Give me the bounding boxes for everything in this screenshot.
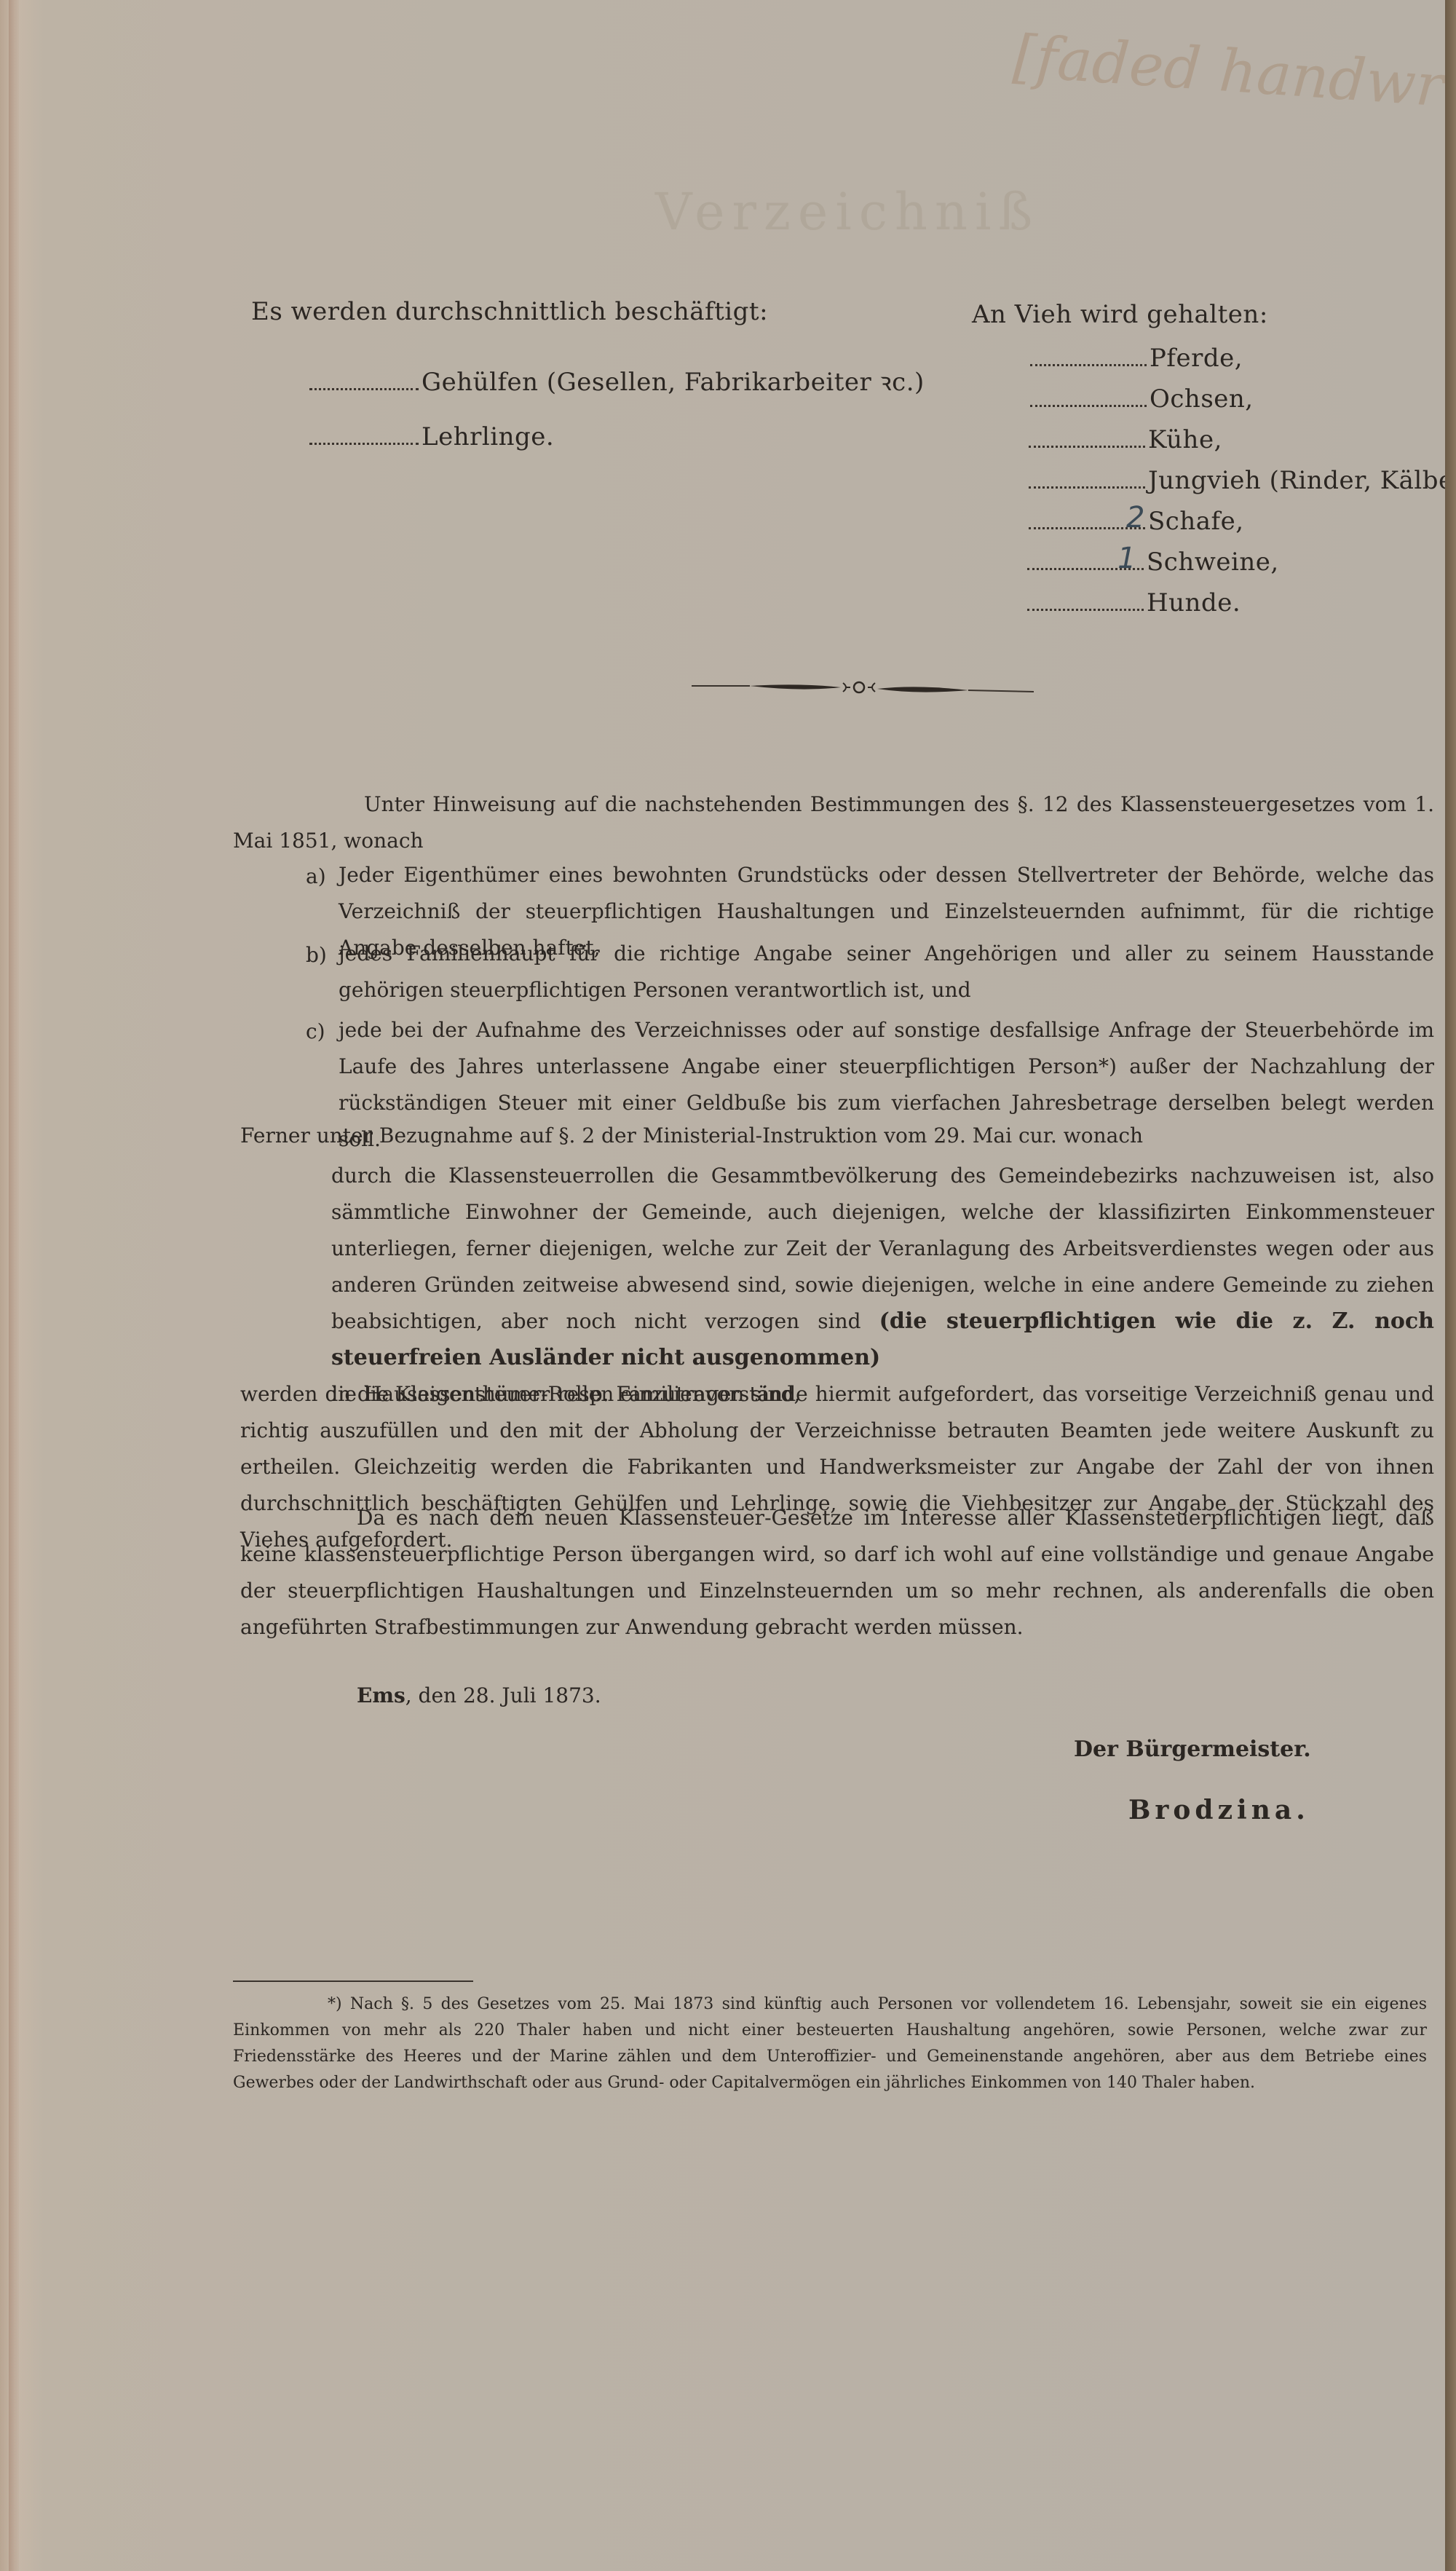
livestock-row-hunde: Hunde. [1027,588,1241,617]
gehuelfen-count-field[interactable] [309,388,419,390]
ochsen-count-field[interactable] [1030,405,1147,407]
livestock-row-schafe: 2Schafe, [1029,507,1244,536]
item-b-marker: b) [306,943,327,967]
lehrlinge-label: Lehrlinge. [422,422,554,451]
livestock-row-ochsen: Ochsen, [1030,384,1254,414]
item-c-marker: c) [306,1019,325,1043]
ornamental-divider-icon [655,677,1063,699]
da-paragraph: Da es nach dem neuen Klassensteuer-Geset… [240,1500,1434,1646]
scanned-page: [faded handwriting, mirror show-through]… [0,0,1445,2571]
binding-edge [1445,0,1456,2571]
livestock-row-schweine: 1Schweine, [1027,548,1279,577]
place-name: Ems [357,1683,405,1707]
signature-title: Der Bürgermeister. [1074,1737,1311,1762]
kuehe-label: Kühe, [1148,425,1222,454]
item-b-text: jedes Familienhaupt für die richtige Ang… [339,936,1434,1008]
date-text: , den 28. Juli 1873. [405,1683,601,1707]
livestock-row-pferde: Pferde, [1030,344,1243,373]
employees-row-gehuelfen: Gehülfen (Gesellen, Fabrikarbeiter ꝛc.) [309,364,925,398]
place-date: Ems, den 28. Juli 1873. [357,1683,601,1707]
footnote: *) Nach §. 5 des Gesetzes vom 25. Mai 18… [233,1991,1427,2096]
signature-name: Brodzina. [1128,1795,1310,1825]
hunde-count-field[interactable] [1027,609,1144,611]
schweine-handwritten-count: 1 [1117,542,1136,575]
schweine-count-field[interactable]: 1 [1027,568,1144,570]
schafe-count-field[interactable]: 2 [1029,527,1145,529]
jungvieh-label: Jungvieh (Rinder, Kälber), [1148,466,1456,495]
jungvieh-count-field[interactable] [1029,486,1145,489]
item-a-marker: a) [306,864,326,888]
gehuelfen-label: Gehülfen (Gesellen, Fabrikarbeiter ꝛc.) [422,368,925,397]
intro-paragraph: Unter Hinweisung auf die nachstehenden B… [233,786,1434,859]
livestock-heading: An Vieh wird gehalten: [972,300,1268,329]
livestock-row-kuehe: Kühe, [1029,425,1222,454]
footnote-rule [233,1980,473,1982]
ferner-paragraph: Ferner unter Bezugnahme auf §. 2 der Min… [240,1118,1434,1154]
employees-heading: Es werden durchschnittlich beschäftigt: [251,297,768,326]
hunde-label: Hunde. [1147,588,1241,617]
lehrlinge-count-field[interactable] [309,443,419,445]
schweine-label: Schweine, [1147,548,1279,577]
ferner-clause: durch die Klassensteuerrollen die Gesamm… [331,1158,1434,1413]
ghost-handwriting: [faded handwriting, mirror show-through] [1011,22,1456,176]
ghost-title: Verzeichniß [655,182,1040,242]
schafe-label: Schafe, [1148,507,1244,536]
livestock-row-jungvieh: Jungvieh (Rinder, Kälber), [1029,466,1456,495]
pferde-count-field[interactable] [1030,364,1147,366]
employees-row-lehrlinge: Lehrlinge. [309,422,554,451]
schafe-handwritten-count: 2 [1126,501,1145,534]
kuehe-count-field[interactable] [1029,446,1145,448]
ochsen-label: Ochsen, [1150,384,1254,414]
pferde-label: Pferde, [1150,344,1243,373]
